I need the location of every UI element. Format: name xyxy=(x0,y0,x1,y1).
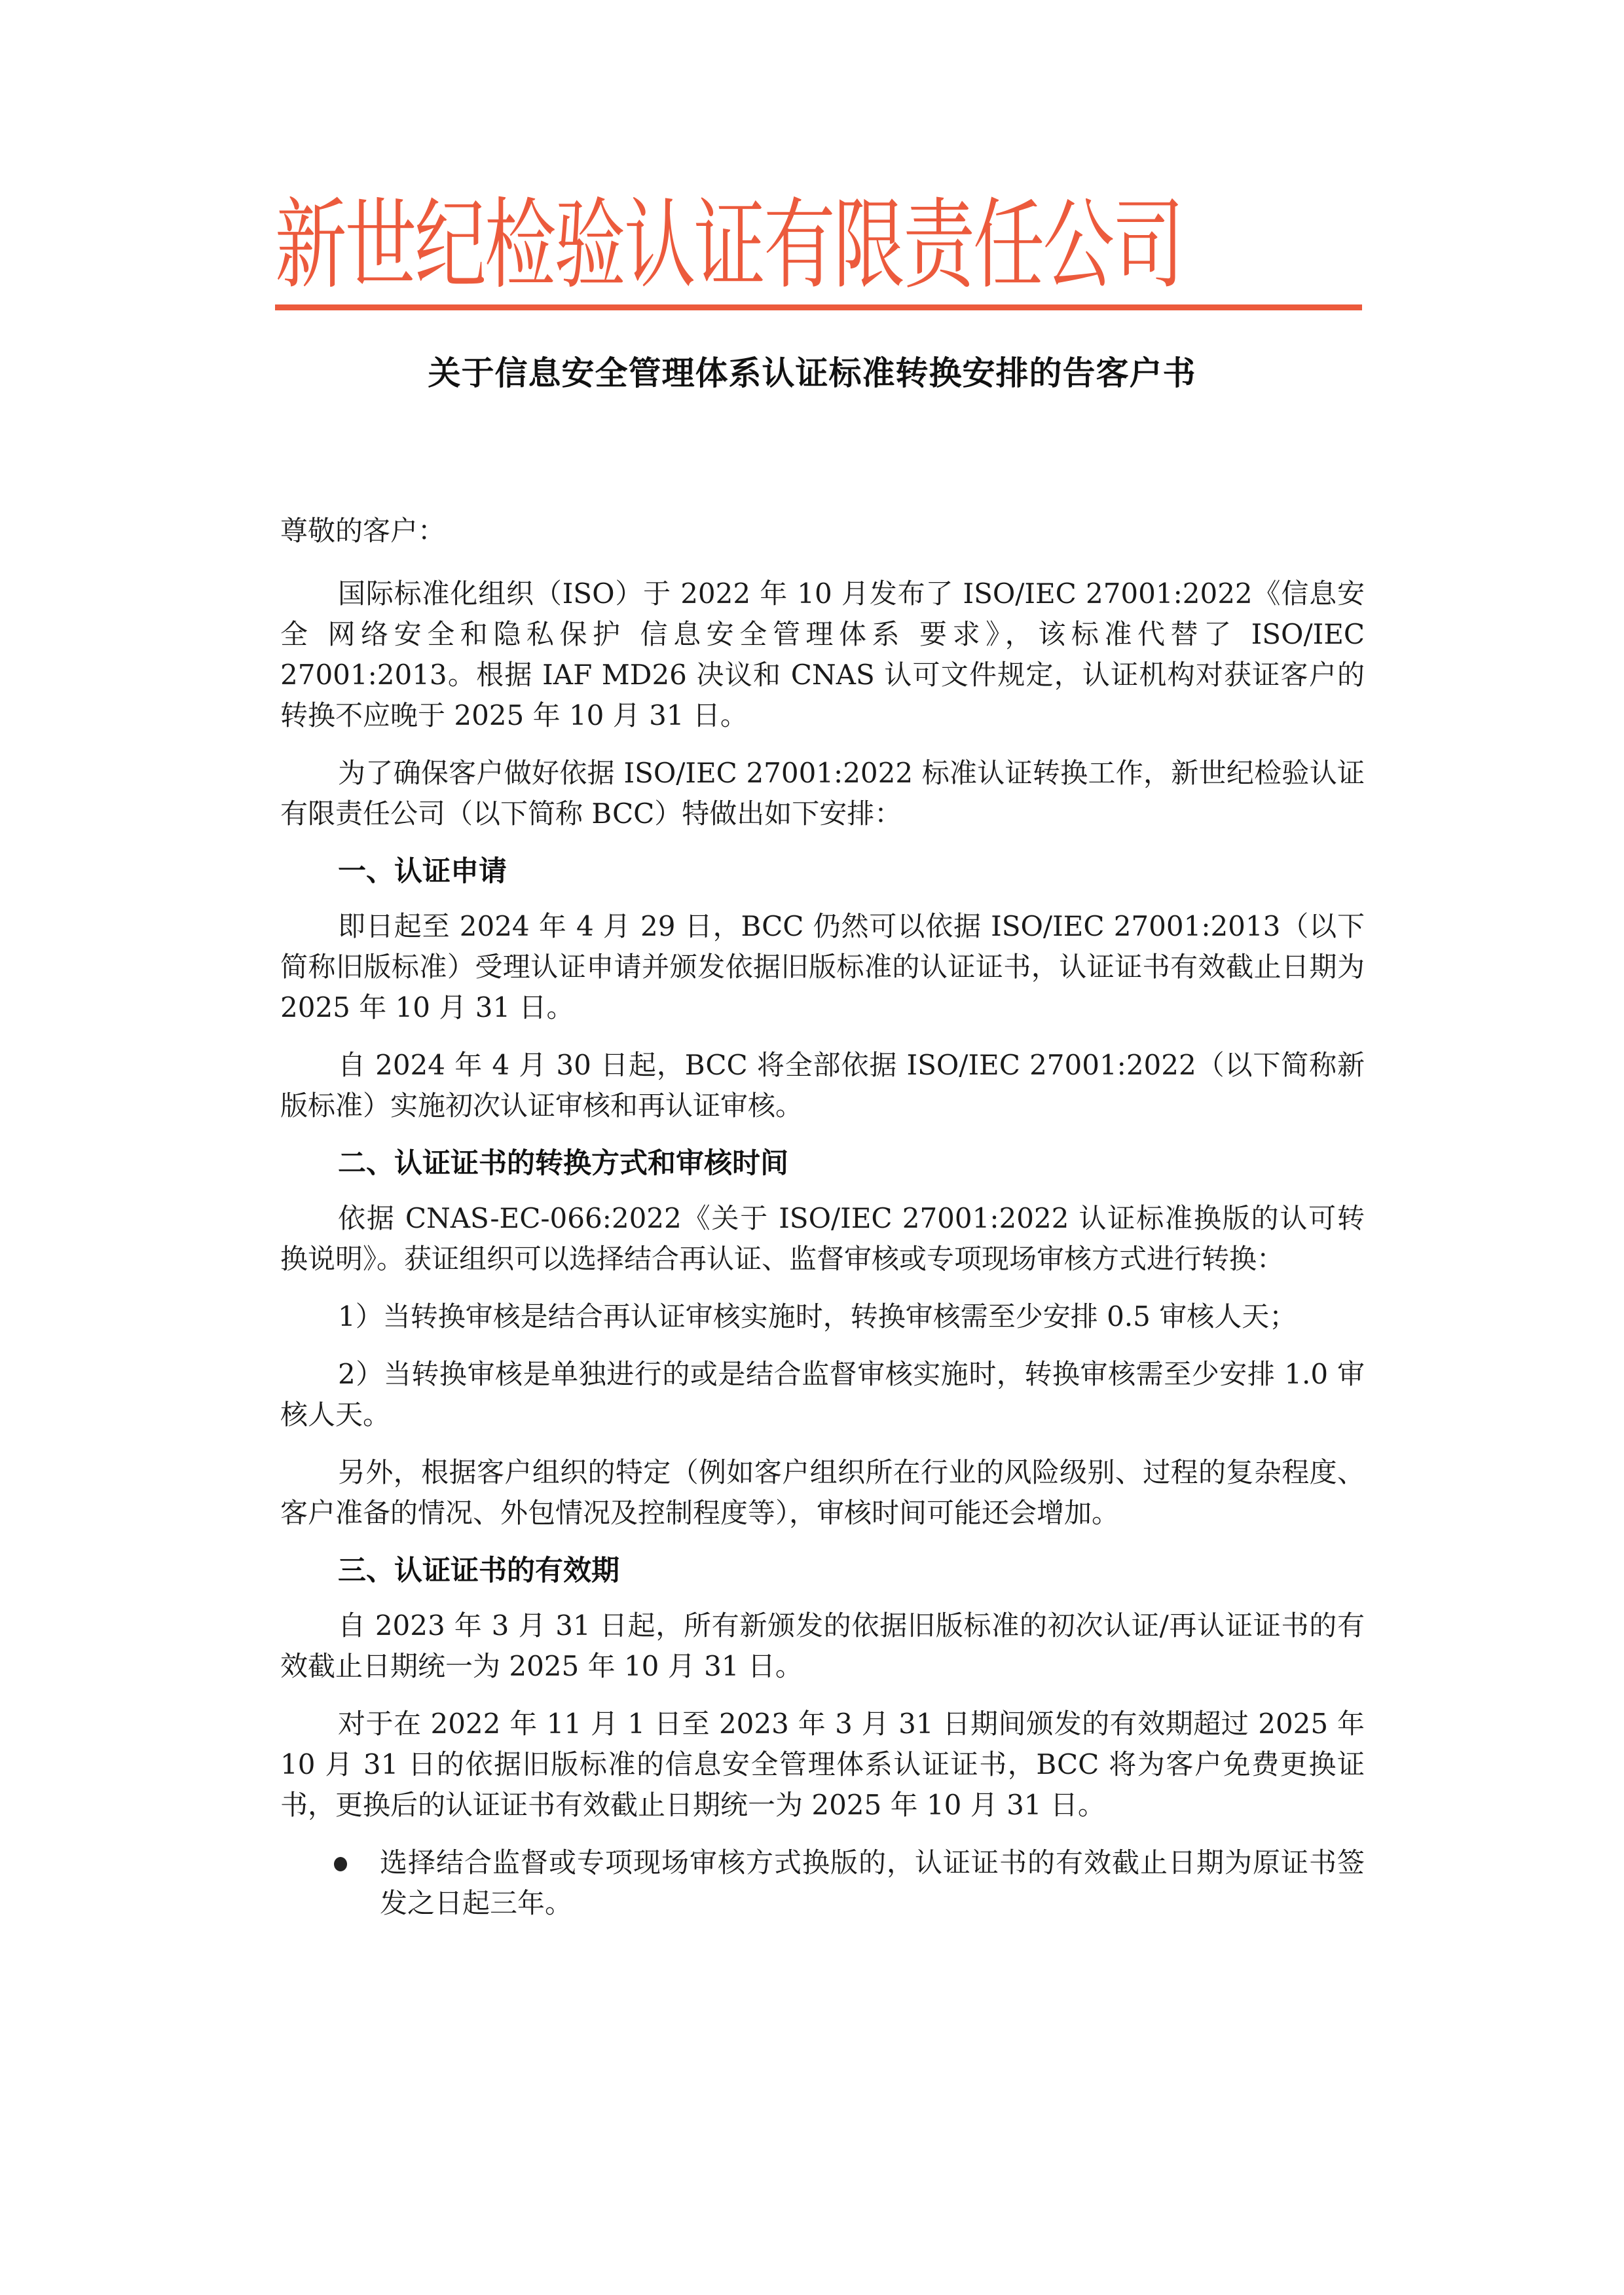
document-body: 尊敬的客户： 国际标准化组织（ISO）于 2022 年 10 月发布了 ISO/… xyxy=(280,511,1365,1924)
list-item-2: 2）当转换审核是单独进行的或是结合监督审核实施时，转换审核需至少安排 1.0 审… xyxy=(280,1354,1365,1435)
section-paragraph: 对于在 2022 年 11 月 1 日至 2023 年 3 月 31 日期间颁发… xyxy=(280,1704,1365,1826)
section-paragraph: 自 2024 年 4 月 30 日起，BCC 将全部依据 ISO/IEC 270… xyxy=(280,1045,1365,1126)
section-paragraph: 即日起至 2024 年 4 月 29 日，BCC 仍然可以依据 ISO/IEC … xyxy=(280,906,1365,1028)
bullet-icon xyxy=(334,1857,347,1871)
section-paragraph: 自 2023 年 3 月 31 日起，所有新颁发的依据旧版标准的初次认证/再认证… xyxy=(280,1606,1365,1687)
document-title: 关于信息安全管理体系认证标准转换安排的告客户书 xyxy=(0,350,1624,396)
section-heading-transition: 二、认证证书的转换方式和审核时间 xyxy=(280,1143,1365,1184)
letterhead-divider xyxy=(275,304,1362,310)
list-item-1: 1）当转换审核是结合再认证审核实施时，转换审核需至少安排 0.5 审核人天； xyxy=(280,1296,1365,1337)
company-name: 新世纪检验认证有限责任公司 xyxy=(275,187,1069,304)
section-heading-application: 一、认证申请 xyxy=(280,851,1365,892)
bullet-text: 选择结合监督或专项现场审核方式换版的，认证证书的有效截止日期为原证书签发之日起三… xyxy=(338,1843,1365,1924)
salutation: 尊敬的客户： xyxy=(280,511,1365,551)
section-paragraph: 依据 CNAS-EC-066:2022《关于 ISO/IEC 27001:202… xyxy=(280,1198,1365,1279)
arrangement-paragraph: 为了确保客户做好依据 ISO/IEC 27001:2022 标准认证转换工作，新… xyxy=(280,753,1365,834)
bullet-item: 选择结合监督或专项现场审核方式换版的，认证证书的有效截止日期为原证书签发之日起三… xyxy=(280,1843,1365,1924)
intro-paragraph: 国际标准化组织（ISO）于 2022 年 10 月发布了 ISO/IEC 270… xyxy=(280,574,1365,736)
letterhead: 新世纪检验认证有限责任公司 xyxy=(275,187,1362,318)
section-paragraph: 另外，根据客户组织的特定（例如客户组织所在行业的风险级别、过程的复杂程度、客户准… xyxy=(280,1452,1365,1533)
section-heading-validity: 三、认证证书的有效期 xyxy=(280,1551,1365,1591)
